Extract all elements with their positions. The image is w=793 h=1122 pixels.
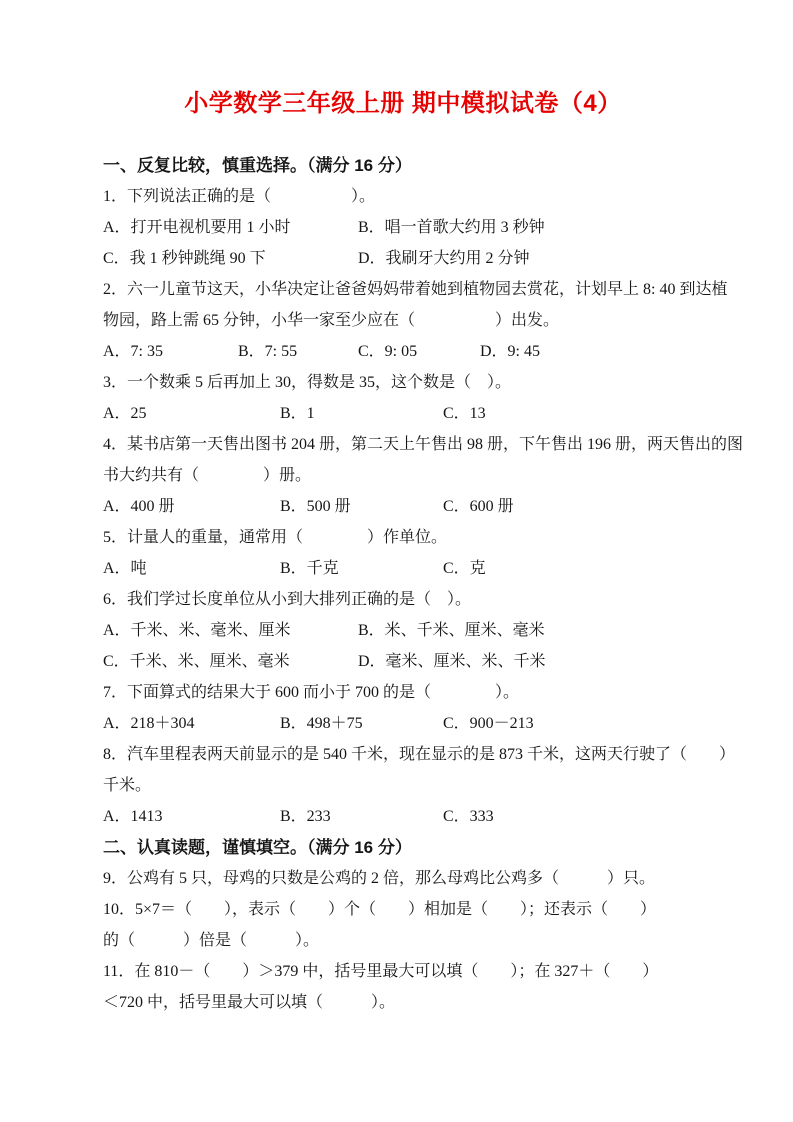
q3-options-row: A．25 B．1 C．13 <box>103 398 743 429</box>
q1-option-c: C．我 1 秒钟跳绳 90 下 <box>103 243 358 274</box>
q7-option-b: B．498＋75 <box>280 708 443 739</box>
q8-stem-line-2: 千米。 <box>103 770 743 801</box>
q4-option-c: C．600 册 <box>443 491 743 522</box>
q6-option-c: C．千米、米、厘米、毫米 <box>103 646 358 677</box>
q5-option-a: A．吨 <box>103 553 280 584</box>
section2-heading: 二、认真读题，谨慎填空。（满分 16 分） <box>103 832 743 863</box>
q8-options-row: A．1413 B．233 C．333 <box>103 801 743 832</box>
section1-heading: 一、反复比较，慎重选择。（满分 16 分） <box>103 150 743 181</box>
q8-option-c: C．333 <box>443 801 743 832</box>
q2-option-a: A．7: 35 <box>103 336 238 367</box>
q10-stem-line-2: 的（ ）倍是（ ）。 <box>103 925 743 956</box>
q8-option-b: B．233 <box>280 801 443 832</box>
q5-options-row: A．吨 B．千克 C．克 <box>103 553 743 584</box>
q8-option-a: A．1413 <box>103 801 280 832</box>
exam-title: 小学数学三年级上册 期中模拟试卷（4） <box>103 88 703 120</box>
q3-stem: 3．一个数乘 5 后再加上 30，得数是 35，这个数是（ ）。 <box>103 367 743 398</box>
q9-stem: 9．公鸡有 5 只，母鸡的只数是公鸡的 2 倍，那么母鸡比公鸡多（ ）只。 <box>103 863 743 894</box>
q4-option-a: A．400 册 <box>103 491 280 522</box>
q6-option-b: B．米、千米、厘米、毫米 <box>358 615 743 646</box>
q6-options-row-2: C．千米、米、厘米、毫米 D．毫米、厘米、米、千米 <box>103 646 743 677</box>
q6-option-d: D．毫米、厘米、米、千米 <box>358 646 743 677</box>
q2-option-b: B．7: 55 <box>238 336 358 367</box>
q2-option-d: D．9: 45 <box>480 336 743 367</box>
q1-options-row-1: A．打开电视机要用 1 小时 B．唱一首歌大约用 3 秒钟 <box>103 212 743 243</box>
q5-option-c: C．克 <box>443 553 743 584</box>
q5-stem: 5．计量人的重量，通常用（ ）作单位。 <box>103 522 743 553</box>
q1-option-d: D．我刷牙大约用 2 分钟 <box>358 243 743 274</box>
q6-options-row-1: A．千米、米、毫米、厘米 B．米、千米、厘米、毫米 <box>103 615 743 646</box>
q2-stem-line-2: 物园，路上需 65 分钟，小华一家至少应在（ ）出发。 <box>103 305 743 336</box>
q4-stem-line-2: 书大约共有（ ）册。 <box>103 460 743 491</box>
q10-stem-line-1: 10．5×7＝（ ），表示（ ）个（ ）相加是（ ）；还表示（ ） <box>103 894 743 925</box>
q1-options-row-2: C．我 1 秒钟跳绳 90 下 D．我刷牙大约用 2 分钟 <box>103 243 743 274</box>
q7-stem: 7．下面算式的结果大于 600 而小于 700 的是（ ）。 <box>103 677 743 708</box>
q1-stem: 1．下列说法正确的是（ ）。 <box>103 181 743 212</box>
q8-stem-line-1: 8．汽车里程表两天前显示的是 540 千米，现在显示的是 873 千米，这两天行… <box>103 739 743 770</box>
q7-option-a: A．218＋304 <box>103 708 280 739</box>
exam-paper-page: 小学数学三年级上册 期中模拟试卷（4） 一、反复比较，慎重选择。（满分 16 分… <box>103 88 743 1018</box>
q7-option-c: C．900－213 <box>443 708 743 739</box>
q2-stem-line-1: 2．六一儿童节这天，小华决定让爸爸妈妈带着她到植物园去赏花，计划早上 8: 40… <box>103 274 743 305</box>
q4-stem-line-1: 4．某书店第一天售出图书 204 册，第二天上午售出 98 册，下午售出 196… <box>103 429 743 460</box>
q2-options-row: A．7: 35 B．7: 55 C．9: 05 D．9: 45 <box>103 336 743 367</box>
q3-option-b: B．1 <box>280 398 443 429</box>
q5-option-b: B．千克 <box>280 553 443 584</box>
q1-option-a: A．打开电视机要用 1 小时 <box>103 212 358 243</box>
q6-option-a: A．千米、米、毫米、厘米 <box>103 615 358 646</box>
q3-option-c: C．13 <box>443 398 743 429</box>
q4-options-row: A．400 册 B．500 册 C．600 册 <box>103 491 743 522</box>
q4-option-b: B．500 册 <box>280 491 443 522</box>
q11-stem-line-2: ＜720 中，括号里最大可以填（ ）。 <box>103 987 743 1018</box>
q11-stem-line-1: 11．在 810－（ ）＞379 中，括号里最大可以填（ ）；在 327＋（ ） <box>103 956 743 987</box>
q6-stem: 6．我们学过长度单位从小到大排列正确的是（ ）。 <box>103 584 743 615</box>
q7-options-row: A．218＋304 B．498＋75 C．900－213 <box>103 708 743 739</box>
q2-option-c: C．9: 05 <box>358 336 480 367</box>
q3-option-a: A．25 <box>103 398 280 429</box>
q1-option-b: B．唱一首歌大约用 3 秒钟 <box>358 212 743 243</box>
